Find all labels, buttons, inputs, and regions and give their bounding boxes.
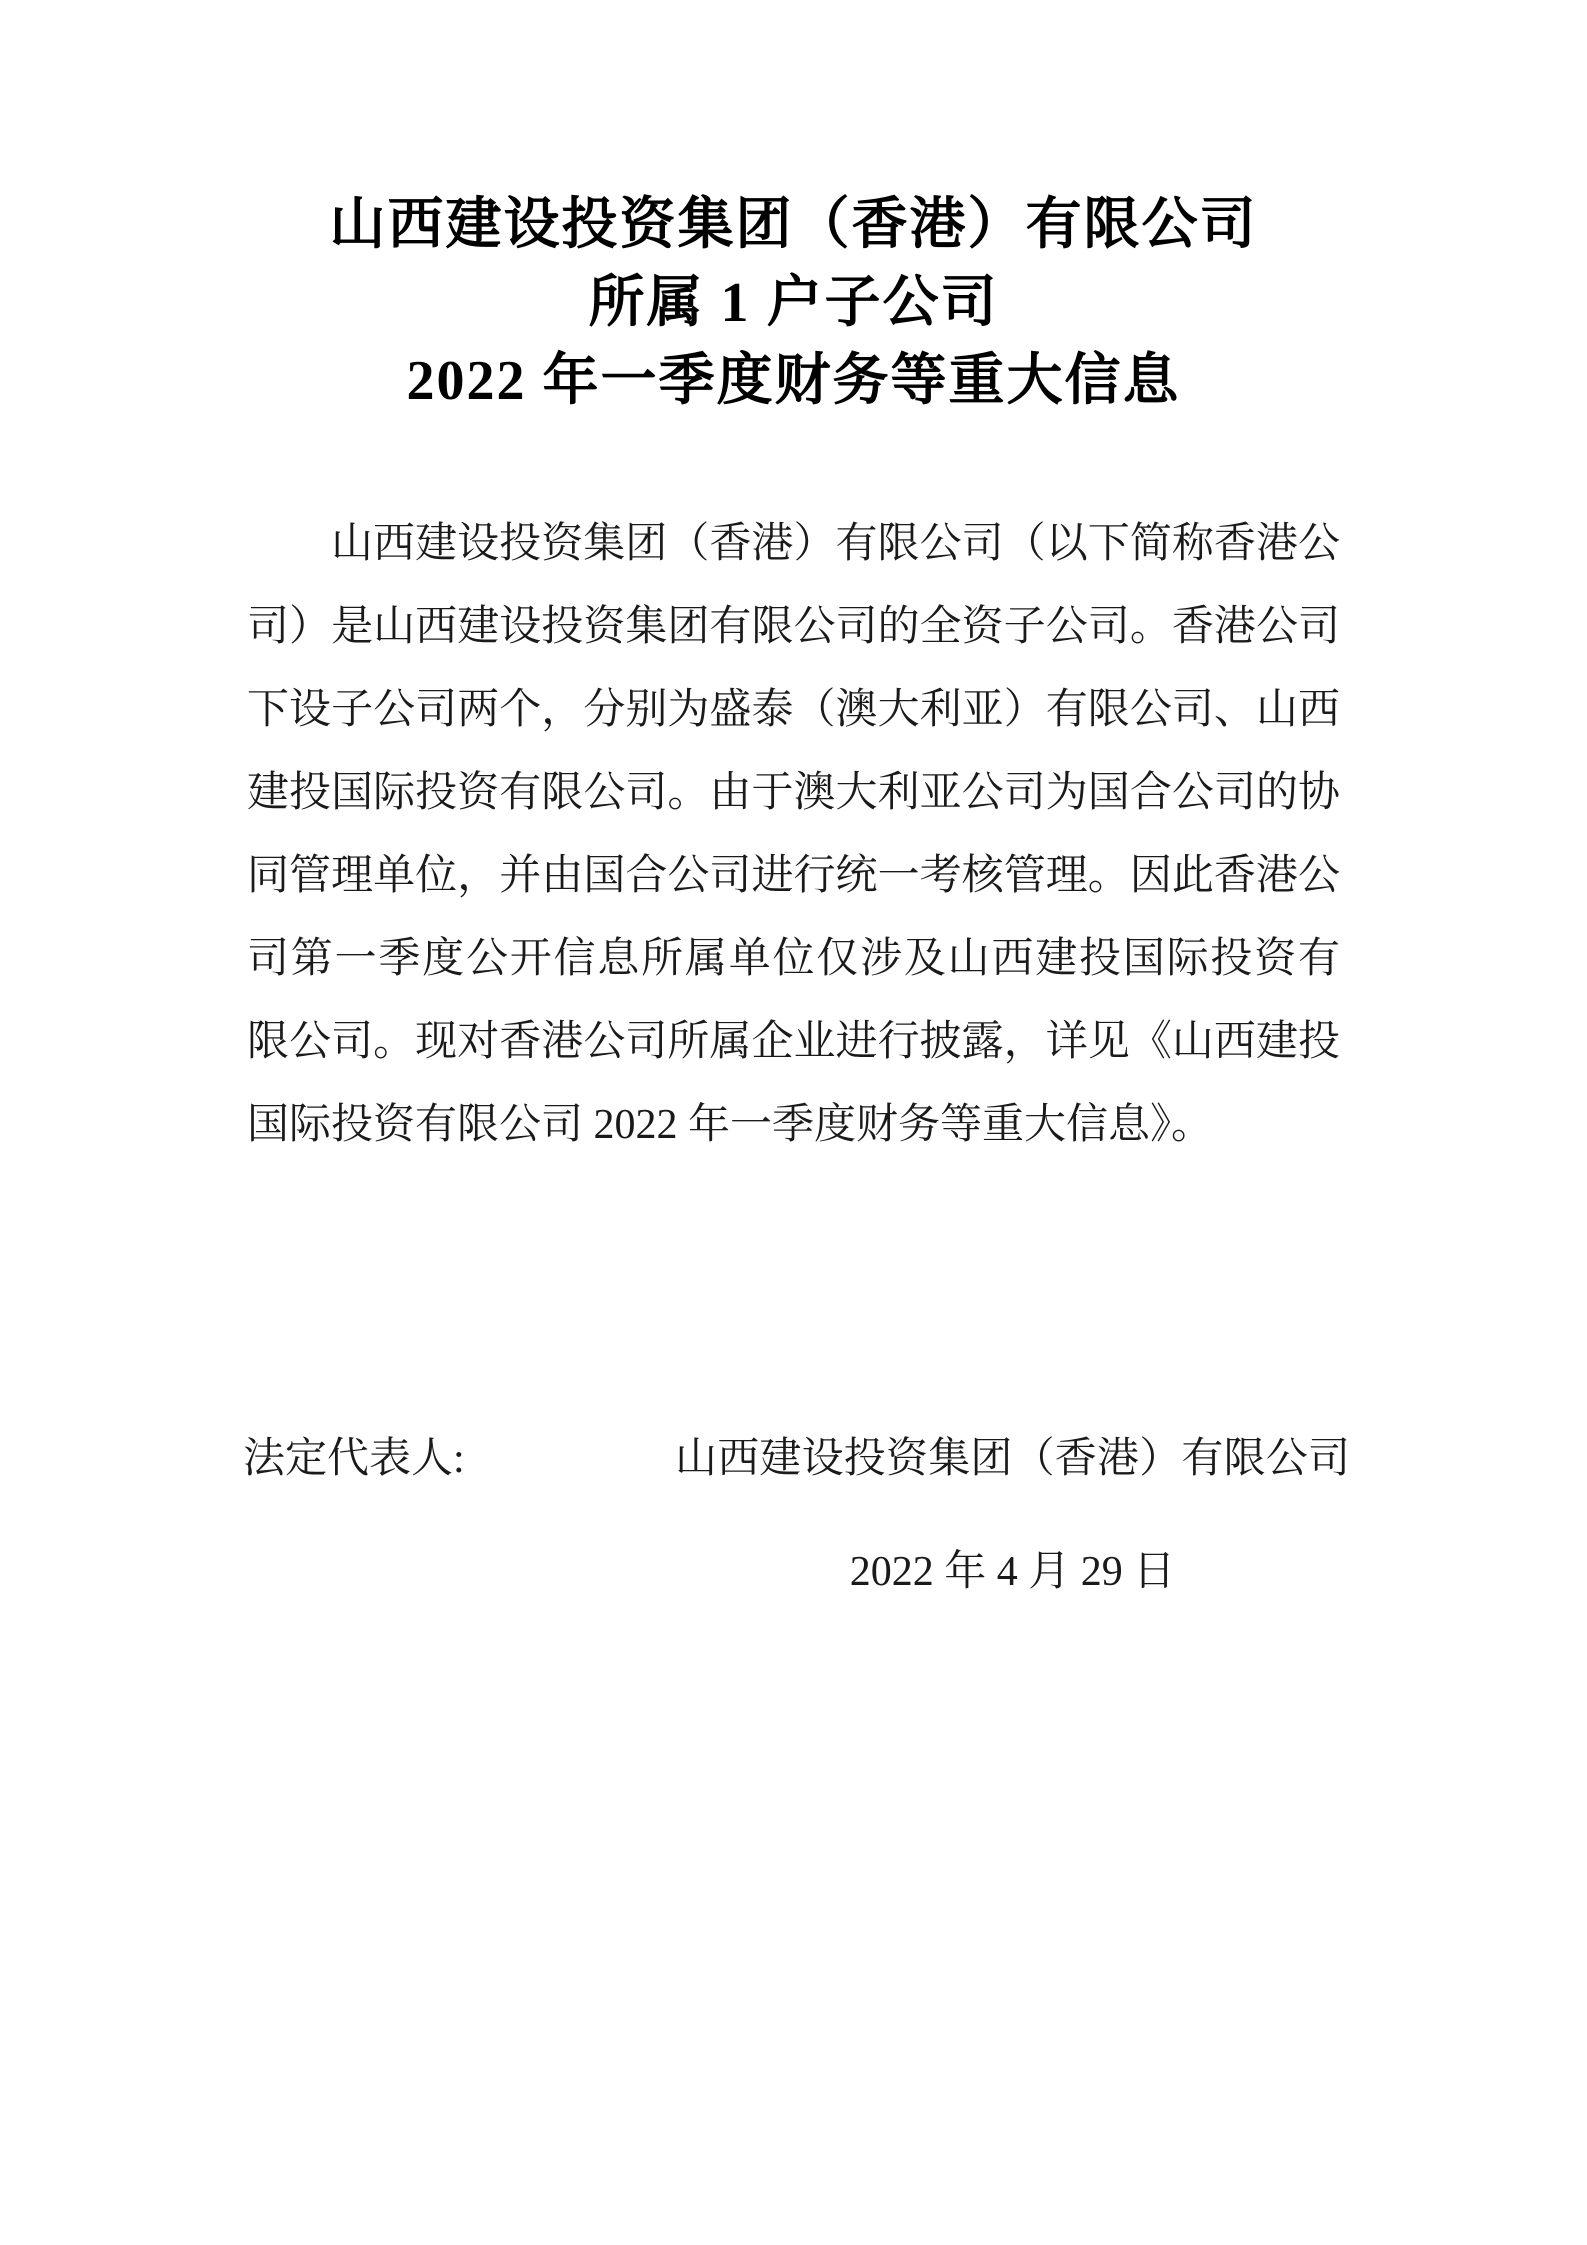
title-line-3: 2022 年一季度财务等重大信息 (0, 342, 1587, 420)
title-line-1: 山西建设投资集团（香港）有限公司 (0, 186, 1587, 264)
paragraph-line: 山西建设投资集团（香港）有限公司（以下简称香港公 (247, 503, 1340, 586)
body-paragraph: 山西建设投资集团（香港）有限公司（以下简称香港公 司）是山西建设投资集团有限公司… (247, 503, 1340, 1167)
document-page: 山西建设投资集团（香港）有限公司 所属 1 户子公司 2022 年一季度财务等重… (0, 0, 1587, 2245)
document-title: 山西建设投资集团（香港）有限公司 所属 1 户子公司 2022 年一季度财务等重… (0, 186, 1587, 420)
signature-company-name: 山西建设投资集团（香港）有限公司 (675, 1430, 1350, 1488)
paragraph-line: 下设子公司两个，分别为盛泰（澳大利亚）有限公司、山西 (247, 669, 1340, 752)
paragraph-line: 建投国际投资有限公司。由于澳大利亚公司为国合公司的协 (247, 752, 1340, 835)
paragraph-line: 限公司。现对香港公司所属企业进行披露，详见《山西建投 (247, 1001, 1340, 1084)
paragraph-line: 司第一季度公开信息所属单位仅涉及山西建投国际投资有 (247, 918, 1340, 1001)
signature-row: 法定代表人: 山西建设投资集团（香港）有限公司 (0, 1430, 1587, 1488)
paragraph-line: 国际投资有限公司 2022 年一季度财务等重大信息》。 (247, 1084, 1340, 1167)
paragraph-line: 司）是山西建设投资集团有限公司的全资子公司。香港公司 (247, 586, 1340, 669)
signature-block: 法定代表人: 山西建设投资集团（香港）有限公司 2022 年 4 月 29 日 (0, 1430, 1587, 1488)
title-line-2: 所属 1 户子公司 (0, 264, 1587, 342)
legal-representative-label: 法定代表人: (243, 1430, 465, 1488)
signature-date: 2022 年 4 月 29 日 (675, 1543, 1350, 1601)
paragraph-line: 同管理单位，并由国合公司进行统一考核管理。因此香港公 (247, 835, 1340, 918)
